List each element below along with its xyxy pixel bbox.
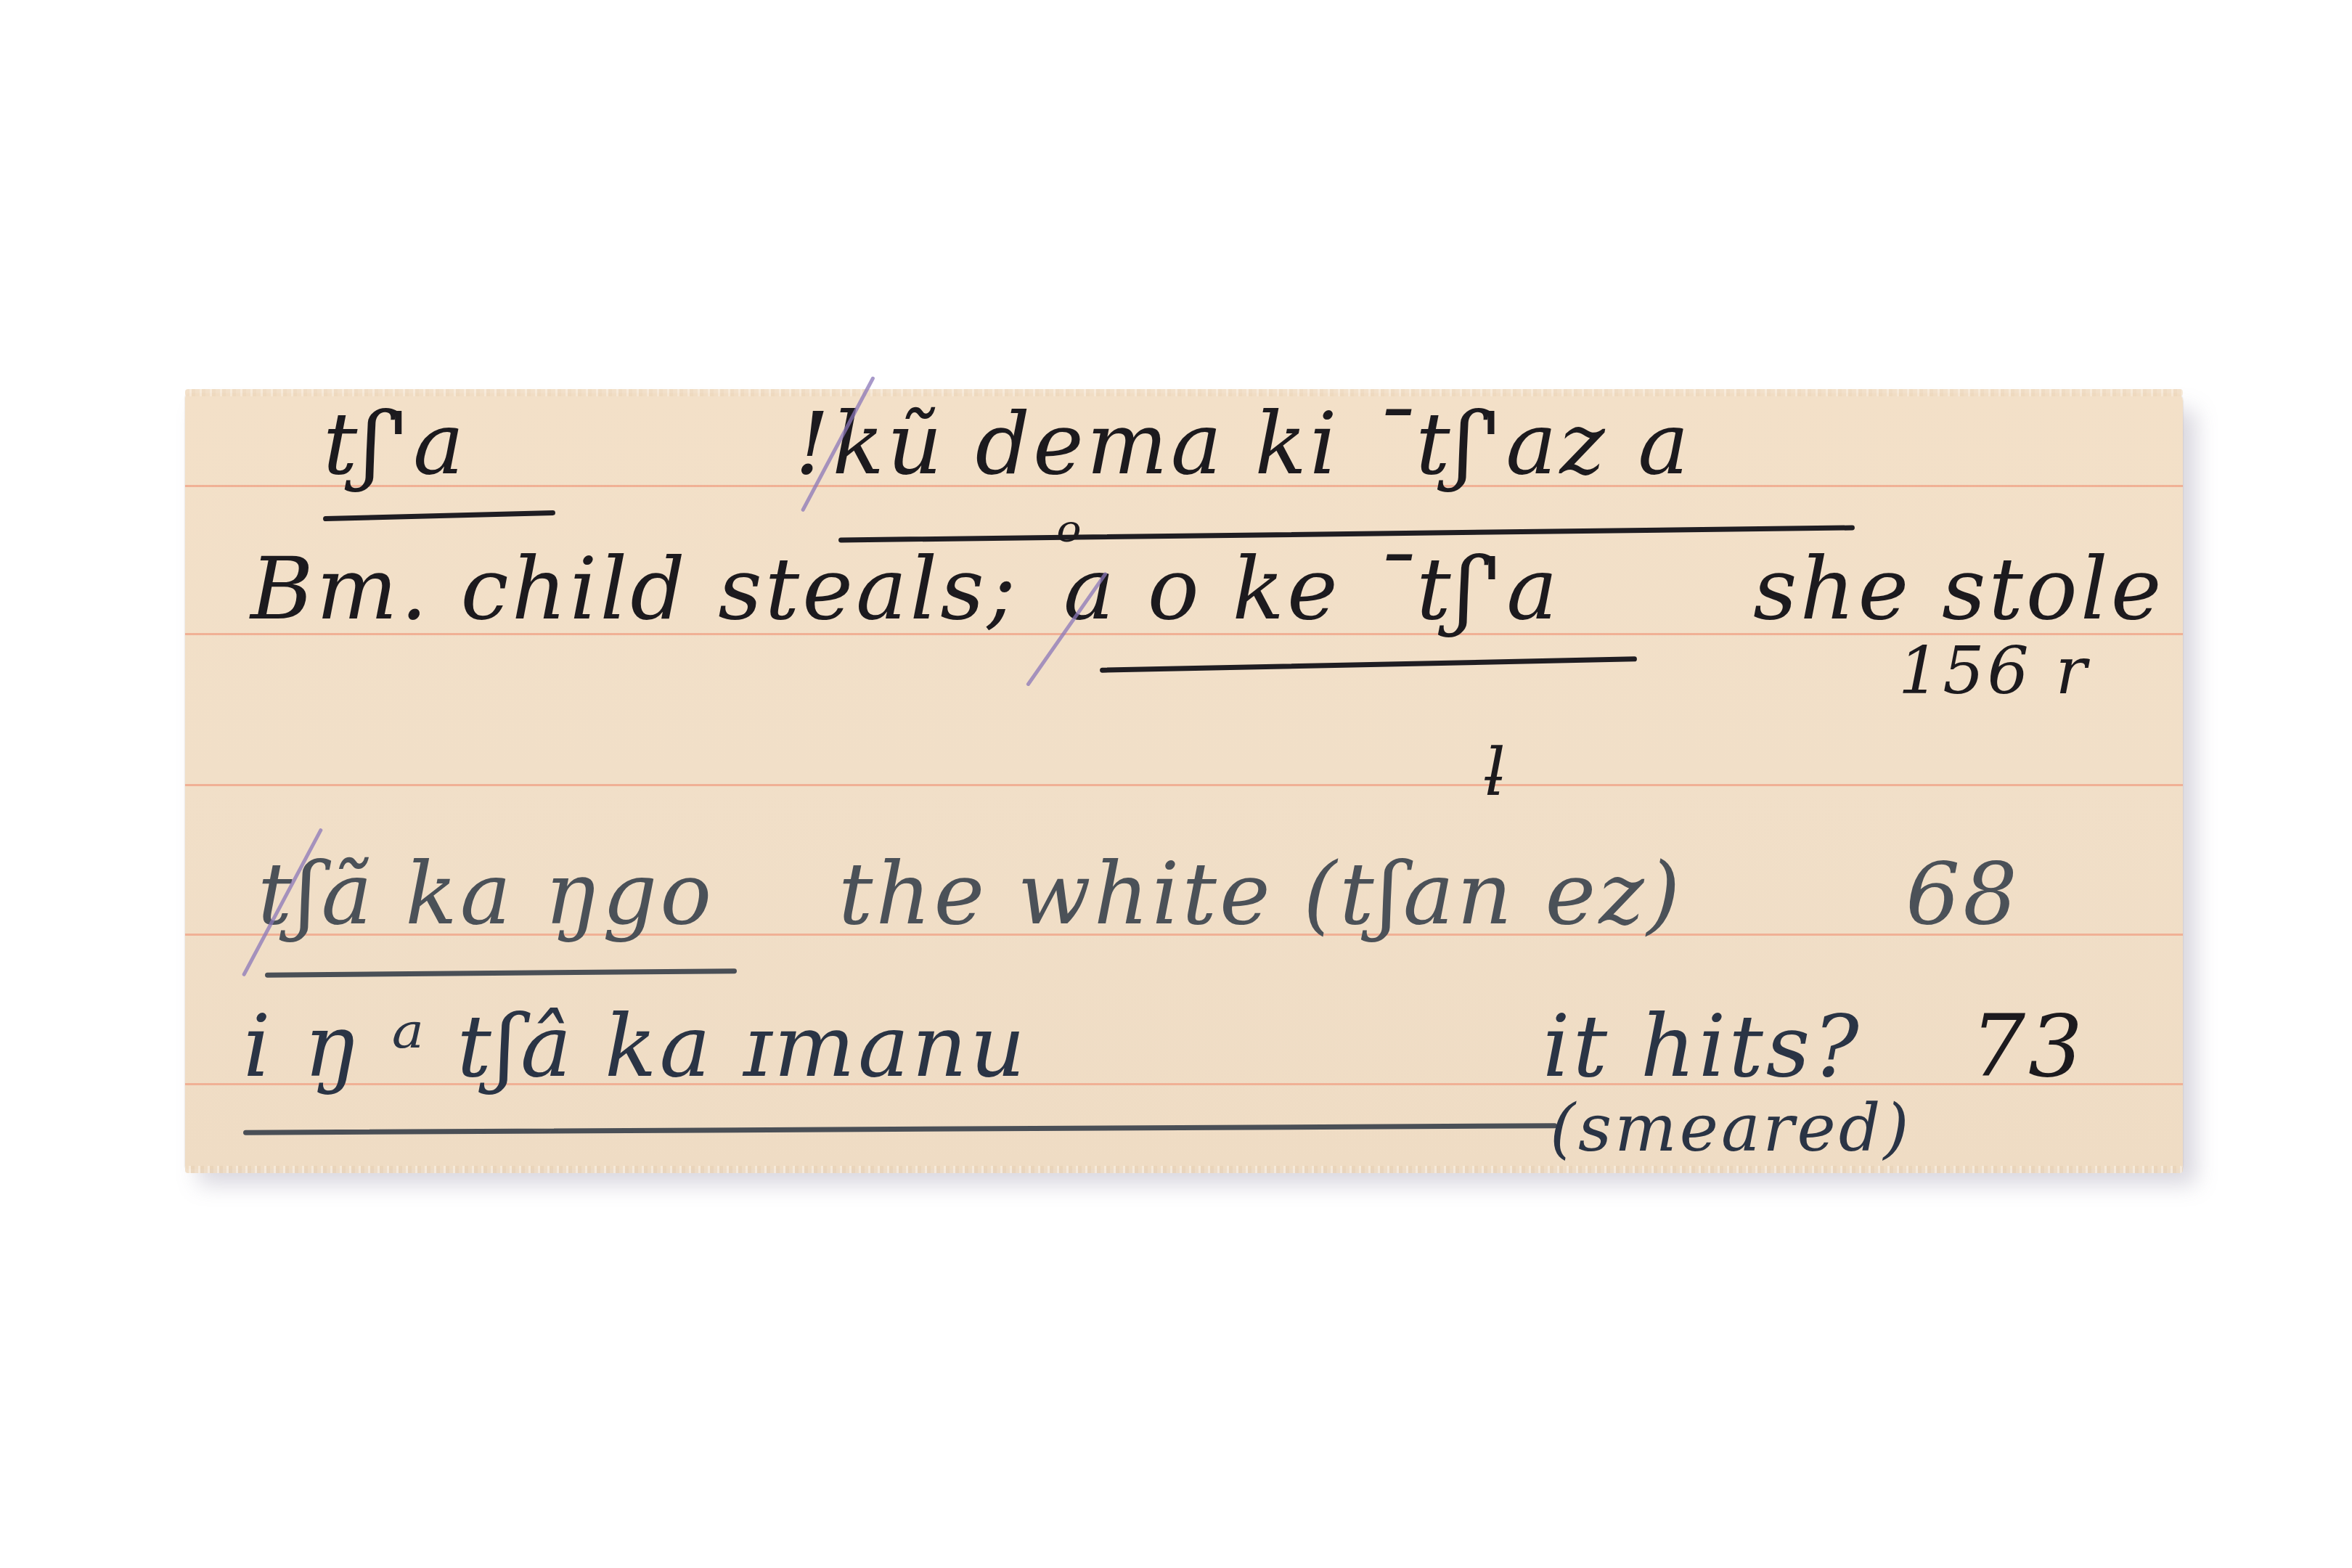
line3-translation: the white (tʃan ez) [838, 844, 1683, 944]
line2-gloss: Bm. child steals; [250, 539, 1018, 639]
line4-phrase: i ŋ ᵃ tʃâ ka ɪmanu [243, 996, 1028, 1096]
ruled-line [185, 784, 2183, 786]
line1-phrase: !kũ dema ki ˉtʃ'az a [795, 393, 1692, 494]
line2-phrase-underline [1100, 656, 1637, 672]
line3-phrase-underline [265, 968, 737, 978]
line2-reference: 156 r [1898, 633, 2089, 709]
line4-translation: it hits? [1543, 996, 1862, 1096]
line2-phrase: a o ke ˉtʃ'a [1063, 539, 1561, 639]
line3-phrase: tʃã ka ŋgo [258, 844, 714, 944]
line1-term: tʃ'a [323, 393, 467, 494]
line2-translation: she stole [1753, 539, 2164, 639]
line1-term-underline [323, 510, 555, 521]
paper-slip: tʃ'a !kũ dema ki ˉtʃ'az a Bm. child stea… [185, 393, 2183, 1169]
line4-phrase-underline [243, 1123, 1557, 1135]
line3-reference: 68 [1906, 844, 2020, 944]
line4-annotation: (smeared) [1550, 1090, 1912, 1167]
line3-cross-mark: ƚ [1485, 735, 1508, 811]
line4-reference: 73 [1971, 996, 2086, 1096]
